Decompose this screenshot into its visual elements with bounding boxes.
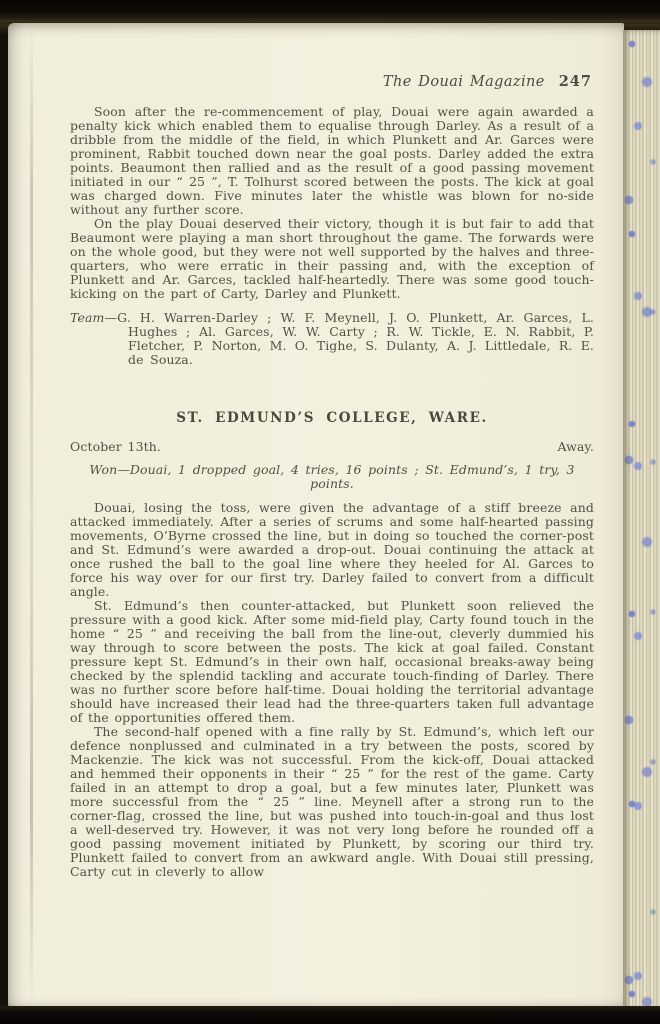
book-cover-bottom-edge <box>0 1006 660 1024</box>
paragraph: Soon after the re-commencement of play, … <box>70 105 594 217</box>
match-date: October 13th. <box>70 440 161 454</box>
match-result: Won—Douai, 1 dropped goal, 4 tries, 16 p… <box>70 463 594 491</box>
page-gutter-crease <box>30 23 33 1008</box>
running-header: The Douai Magazine247 <box>70 75 592 89</box>
magazine-page: The Douai Magazine247 Soon after the re-… <box>8 23 624 1008</box>
team-names: —G. H. Warren-Darley ; W. F. Meynell, J.… <box>104 310 594 367</box>
match-venue: Away. <box>558 440 595 454</box>
paragraph: Douai, losing the toss, were given the a… <box>70 501 594 599</box>
paragraph: The second-half opened with a fine rally… <box>70 725 594 879</box>
team-label: Team <box>70 310 104 325</box>
page-number: 247 <box>559 73 592 90</box>
book-photo: The Douai Magazine247 Soon after the re-… <box>0 0 660 1024</box>
book-fore-edge-marbled <box>623 30 660 1010</box>
paragraph: St. Edmund’s then counter-attacked, but … <box>70 599 594 725</box>
match-report-body: Douai, losing the toss, were given the a… <box>70 501 594 879</box>
page-text-block: The Douai Magazine247 Soon after the re-… <box>70 75 594 879</box>
match-heading: ST. EDMUND’S COLLEGE, WARE. <box>70 411 594 425</box>
magazine-title: The Douai Magazine <box>383 74 545 90</box>
match-date-row: October 13th. Away. <box>70 440 594 454</box>
team-list: Team—G. H. Warren-Darley ; W. F. Meynell… <box>70 311 594 367</box>
paragraph: On the play Douai deserved their victory… <box>70 217 594 301</box>
